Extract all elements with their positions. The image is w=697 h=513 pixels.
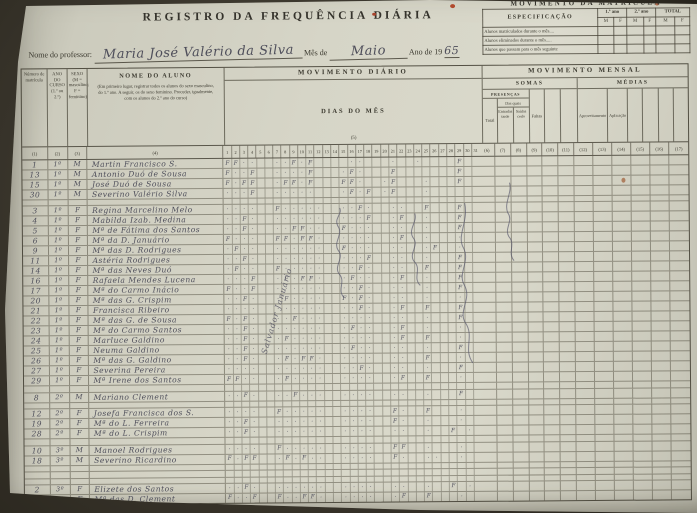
day-mark-cell (408, 390, 416, 399)
day-mark-cell (475, 492, 482, 501)
day-mark-cell: F (242, 325, 250, 334)
day-mark-cell (258, 365, 266, 374)
day-mark-cell (400, 437, 408, 442)
sum-cell (614, 435, 633, 441)
day-mark-cell: · (300, 335, 308, 344)
day-mark-cell (358, 437, 366, 442)
day-mark-cell: · (392, 492, 400, 501)
student-name: Mª do Carmo Inácio (89, 285, 225, 295)
sum-cell (615, 481, 634, 490)
day-mark-cell (474, 406, 481, 415)
medias-label: MÉDIAS (578, 77, 688, 89)
day-mark-cell (333, 384, 341, 389)
day-mark-cell: · (424, 417, 432, 426)
student-sex: M (68, 170, 88, 179)
sum-cell (632, 272, 651, 281)
day-mark-cell (374, 264, 382, 273)
day-mark-cell: · (274, 245, 282, 254)
sum-cell (613, 196, 632, 202)
sum-cell (671, 435, 690, 441)
sum-cell (576, 435, 595, 441)
day-mark-cell: F (249, 189, 257, 198)
monthly-sum-strip (480, 272, 689, 283)
sum-cell (529, 442, 545, 451)
matricula-empty-cell (598, 35, 614, 44)
day-mark-cell (258, 285, 266, 294)
day-mark-cell (472, 187, 479, 196)
day-mark-cell: F (358, 364, 366, 373)
day-mark-cell (392, 476, 400, 481)
day-mark-cell: F (300, 355, 308, 364)
day-mark-cell: · (250, 365, 258, 374)
day-mark-cell: · (316, 305, 324, 314)
day-mark-cell (323, 198, 331, 203)
sum-cell (481, 293, 497, 302)
day-mark-cell: F (225, 315, 233, 324)
day-mark-cell: · (250, 345, 258, 354)
day-mark-cell (415, 314, 423, 323)
sum-cell (651, 202, 670, 211)
day-mark-cell (259, 418, 267, 427)
day-mark-cell (309, 437, 317, 442)
ref-number: (8) (511, 144, 527, 156)
day-mark-cell (439, 167, 447, 176)
day-mark-cell: · (290, 168, 298, 177)
student-name: Regina Marcelino Melo (88, 205, 224, 215)
day-number: 23 (406, 144, 414, 156)
day-mark-cell (408, 476, 416, 481)
day-mark-cell (432, 314, 440, 323)
day-mark-cell (382, 264, 390, 273)
day-mark-cell: · (391, 354, 399, 363)
matricula-subcol-f: F (643, 17, 656, 26)
day-mark-cell: · (292, 444, 300, 453)
sum-cell (481, 303, 497, 312)
day-mark-cell (466, 390, 474, 399)
sum-cell (670, 232, 689, 241)
day-mark-cell (441, 374, 449, 383)
day-mark-cell: F (241, 295, 249, 304)
day-mark-cell: · (342, 493, 350, 502)
day-mark-cell (383, 384, 391, 389)
sum-cell (651, 312, 670, 321)
day-mark-cell: · (284, 428, 292, 437)
sum-cell (497, 353, 513, 362)
sum-cell (545, 389, 561, 398)
day-mark-cell: · (390, 214, 398, 223)
sum-cell (672, 490, 691, 499)
day-mark-cell: F (299, 235, 307, 244)
day-mark-cell (365, 178, 373, 187)
matricula-empty-cell (656, 35, 675, 44)
day-mark-cell: · (232, 189, 240, 198)
day-mark-cell: · (350, 427, 358, 436)
sum-cell (633, 322, 652, 331)
day-mark-cell: · (284, 493, 292, 502)
day-mark-cell: · (366, 334, 374, 343)
matricula-summary-box: MOVIMENTO DA MATRÍCULA ESPECIFICAÇÃO 1.º… (482, 0, 690, 55)
day-mark-cell (408, 427, 416, 436)
day-mark-cell (267, 355, 275, 364)
day-mark-cell (440, 244, 448, 253)
day-mark-cell: · (357, 254, 365, 263)
sum-cell (528, 343, 544, 352)
day-mark-cell: · (225, 305, 233, 314)
sum-cell (632, 302, 651, 311)
day-mark-cell (226, 438, 234, 443)
sum-cell (614, 352, 633, 361)
day-mark-cell (375, 391, 383, 400)
day-mark-cell (417, 469, 425, 474)
day-mark-cell: F (249, 275, 257, 284)
sum-cell (544, 383, 560, 389)
day-mark-cell (417, 482, 425, 491)
col-header-nome: NOME DO ALUNO (Em primeiro lugar, regist… (88, 68, 226, 146)
matricula-empty-cell (643, 26, 656, 35)
col-header-empty-17 (674, 88, 689, 141)
day-mark-cell (464, 187, 472, 196)
day-mark-cell: · (234, 392, 242, 401)
day-mark-cell (472, 177, 479, 186)
day-mark-cell (373, 188, 381, 197)
day-mark-cell (375, 470, 383, 475)
day-mark-cell (367, 476, 375, 481)
sum-cell (561, 481, 577, 490)
day-mark-cell: · (423, 214, 431, 223)
day-mark-cell (249, 199, 257, 204)
sum-cell (513, 363, 529, 372)
sum-cell (497, 343, 513, 352)
day-mark-cell (441, 390, 449, 399)
sum-cell (669, 175, 688, 184)
sum-cell (514, 481, 530, 490)
day-mark-cell (325, 454, 333, 463)
day-mark-cell (292, 385, 300, 390)
student-sex: F (71, 495, 91, 504)
student-sex: M (70, 456, 90, 465)
day-mark-cell: F (243, 484, 251, 493)
monthly-sum-strip (482, 451, 691, 462)
student-year: 1º (49, 277, 69, 286)
day-number: 22 (397, 144, 405, 156)
monthly-sum-strip (481, 372, 690, 383)
day-mark-cell: · (358, 354, 366, 363)
day-mark-cell: · (315, 235, 323, 244)
day-mark-cell: F (456, 167, 464, 176)
day-mark-cell (265, 199, 273, 204)
sum-cell (633, 435, 652, 441)
day-mark-cell (416, 437, 424, 442)
day-mark-cell (375, 443, 383, 452)
day-mark-cell: · (316, 325, 324, 334)
sum-cell (529, 481, 545, 490)
sum-cell (513, 442, 529, 451)
student-number: 9 (23, 247, 49, 256)
day-mark-cell: · (241, 205, 249, 214)
day-mark-cell: · (356, 188, 364, 197)
sum-cell (482, 426, 498, 435)
sum-cell (614, 382, 633, 388)
day-mark-cell (259, 385, 267, 390)
day-mark-cell: · (234, 428, 242, 437)
day-mark-cell (398, 177, 406, 186)
day-mark-cell (442, 482, 450, 491)
sum-cell (632, 282, 651, 291)
matricula-empty-cell (675, 44, 690, 53)
sum-cell (559, 186, 575, 195)
day-mark-cell (383, 354, 391, 363)
monthly-sum-strip (482, 415, 691, 426)
day-mark-cell (382, 274, 390, 283)
day-mark-cell (374, 354, 382, 363)
day-mark-cell (331, 158, 339, 167)
ref-number: (1) (22, 147, 48, 159)
day-mark-cell (414, 177, 422, 186)
day-mark-cell (458, 482, 466, 491)
col-header-ano: ANO DO CURSO (1.º ou 2.º) (48, 69, 69, 146)
day-mark-cell (474, 383, 481, 388)
day-mark-cell: · (341, 374, 349, 383)
day-mark-cell (407, 324, 415, 333)
day-mark-cell: · (276, 454, 284, 463)
sum-cell (632, 202, 651, 211)
monthly-sum-strip (482, 425, 691, 436)
day-mark-cell (300, 401, 308, 406)
student-number: 5 (23, 227, 49, 236)
sum-cell (544, 343, 560, 352)
sum-cell (651, 262, 670, 271)
sum-cell (543, 196, 559, 202)
day-mark-cell: · (458, 492, 466, 501)
day-mark-cell (333, 334, 341, 343)
sum-cell (612, 156, 631, 165)
student-name: Mª das G. de Sousa (89, 315, 225, 325)
student-name: Severina Pereira (89, 365, 225, 375)
student-sex: F (70, 409, 90, 418)
student-number: 4 (23, 217, 49, 226)
day-mark-cell (472, 157, 479, 166)
sum-cell (545, 416, 561, 425)
sum-cell (632, 196, 651, 202)
day-mark-cell: · (309, 417, 317, 426)
sum-cell (529, 475, 545, 481)
day-mark-cell (373, 158, 381, 167)
sum-cell (481, 400, 497, 406)
student-year: 3º (50, 446, 70, 455)
day-mark-cell (326, 477, 334, 482)
matricula-empty-cell (614, 35, 627, 44)
sum-cell (528, 313, 544, 322)
student-number: 27 (24, 367, 50, 376)
ref-number: (12) (574, 143, 593, 155)
day-mark-cell (408, 492, 416, 501)
day-mark-cell (416, 390, 424, 399)
day-mark-cell: · (316, 365, 324, 374)
day-mark-cell: · (233, 295, 241, 304)
day-mark-cell (431, 157, 439, 166)
day-mark-cell: · (291, 285, 299, 294)
day-mark-cell (423, 197, 431, 202)
day-mark-cell: F (251, 454, 259, 463)
day-mark-cell (342, 470, 350, 475)
day-mark-cell (416, 364, 424, 373)
day-mark-cell (408, 407, 416, 416)
day-mark-cell (341, 401, 349, 406)
sheet-header: Número de matrícula ANO DO CURSO (1.º ou… (22, 64, 689, 147)
day-mark-cell: · (283, 315, 291, 324)
day-mark-cell: · (365, 224, 373, 233)
sum-cell (593, 166, 612, 175)
sum-cell (671, 388, 690, 397)
day-mark-cell (407, 334, 415, 343)
day-mark-cell (382, 224, 390, 233)
sum-cell (512, 333, 528, 342)
sum-cell (650, 155, 669, 164)
student-name: Severino Valério Silva (88, 189, 224, 199)
sum-cell (498, 452, 514, 461)
day-mark-cell (359, 476, 367, 481)
sum-cell (670, 222, 689, 231)
day-mark-cell (432, 324, 440, 333)
sum-cell (545, 426, 561, 435)
day-mark-cell (457, 400, 465, 405)
day-mark-cell (440, 324, 448, 333)
day-mark-cell (431, 177, 439, 186)
day-number: 5 (257, 146, 265, 158)
sum-cell (513, 436, 529, 442)
monthly-sum-strip (481, 292, 690, 303)
day-mark-cell: · (316, 265, 324, 274)
day-mark-cell: · (366, 324, 374, 333)
day-mark-cell (474, 426, 481, 435)
day-mark-cell (309, 477, 317, 482)
student-year: 3º (50, 456, 70, 465)
day-mark-cell: · (242, 408, 250, 417)
day-mark-cell: · (309, 454, 317, 463)
sum-cell (480, 167, 496, 176)
day-mark-cell: · (342, 407, 350, 416)
day-mark-cell: · (458, 416, 466, 425)
day-mark-cell (350, 470, 358, 475)
day-mark-cell (258, 265, 266, 274)
day-mark-cell (267, 385, 275, 390)
sum-cell (577, 442, 596, 451)
sum-cell (594, 302, 613, 311)
day-mark-cell: · (341, 314, 349, 323)
matricula-empty-cell (675, 26, 690, 35)
day-mark-cell: · (390, 264, 398, 273)
day-mark-cell: · (365, 264, 373, 273)
day-mark-cell (367, 463, 375, 468)
sum-ref-strip: (6)(7)(8)(9)(10)(11)(12)(13)(14)(15)(16)… (479, 142, 688, 156)
sum-cell (511, 157, 527, 166)
day-mark-cell (416, 334, 424, 343)
day-mark-cell: F (365, 214, 373, 223)
matricula-empty-cell (643, 35, 656, 44)
sum-cell (529, 389, 545, 398)
day-mark-cell: F (224, 179, 232, 188)
day-mark-cell (383, 476, 391, 481)
day-mark-cell (258, 295, 266, 304)
day-mark-cell: · (349, 294, 357, 303)
col-header-saidas-cedo: Saídas cedo (514, 108, 529, 143)
day-mark-cell (267, 365, 275, 374)
sum-cell (496, 303, 512, 312)
day-mark-cell (267, 391, 275, 400)
day-mark-cell (450, 469, 458, 474)
sum-cell (497, 436, 513, 442)
sum-cell (670, 212, 689, 221)
day-mark-cell: · (317, 444, 325, 453)
day-mark-cell (332, 198, 340, 203)
sum-cell (615, 491, 634, 500)
sum-cell (652, 322, 671, 331)
day-mark-cell: · (316, 355, 324, 364)
day-mark-cell: F (291, 315, 299, 324)
professor-line: Nome do professor: Maria José Valério da… (28, 43, 480, 63)
student-number (25, 466, 51, 472)
day-mark-cell: · (423, 234, 431, 243)
sum-cell (634, 441, 653, 450)
day-mark-cell (374, 294, 382, 303)
sum-cell (669, 165, 688, 174)
day-mark-cell: · (251, 428, 259, 437)
day-mark-cell: · (425, 443, 433, 452)
day-mark-cell (456, 187, 464, 196)
day-mark-cell: F (425, 492, 433, 501)
day-mark-cell: F (242, 335, 250, 344)
day-mark-cell (268, 477, 276, 482)
day-mark-cell (381, 214, 389, 223)
student-year: 1º (49, 327, 69, 336)
day-number: 20 (381, 145, 389, 157)
day-mark-cell: F (225, 285, 233, 294)
day-mark-cell: · (241, 265, 249, 274)
sum-cell (652, 415, 671, 424)
day-mark-cell (257, 179, 265, 188)
student-name (90, 465, 226, 471)
day-mark-cell (408, 374, 416, 383)
day-mark-cell: · (282, 158, 290, 167)
day-mark-cell: · (291, 345, 299, 354)
day-mark-cell (234, 438, 242, 443)
day-mark-cell: · (358, 407, 366, 416)
student-number: 29 (24, 377, 50, 386)
sum-cell (575, 272, 594, 281)
day-mark-cell (334, 493, 342, 502)
day-mark-cell: F (456, 157, 464, 166)
day-mark-cell: · (425, 482, 433, 491)
day-mark-cell: · (241, 235, 249, 244)
day-mark-cell: · (308, 315, 316, 324)
student-year (50, 387, 70, 393)
day-mark-cell (257, 159, 265, 168)
student-number: 21 (23, 307, 49, 316)
sum-cell (670, 195, 689, 201)
sum-cell (514, 475, 530, 481)
day-mark-cell (257, 225, 265, 234)
day-mark-cell (375, 493, 383, 502)
day-mark-cell: F (224, 235, 232, 244)
day-mark-cell: · (299, 295, 307, 304)
sum-cell (596, 468, 615, 474)
sum-cell (560, 303, 576, 312)
day-mark-cell (374, 284, 382, 293)
day-mark-cell: · (233, 325, 241, 334)
sum-cell (651, 242, 670, 251)
day-mark-cell: · (307, 205, 315, 214)
day-mark-cell: · (341, 344, 349, 353)
